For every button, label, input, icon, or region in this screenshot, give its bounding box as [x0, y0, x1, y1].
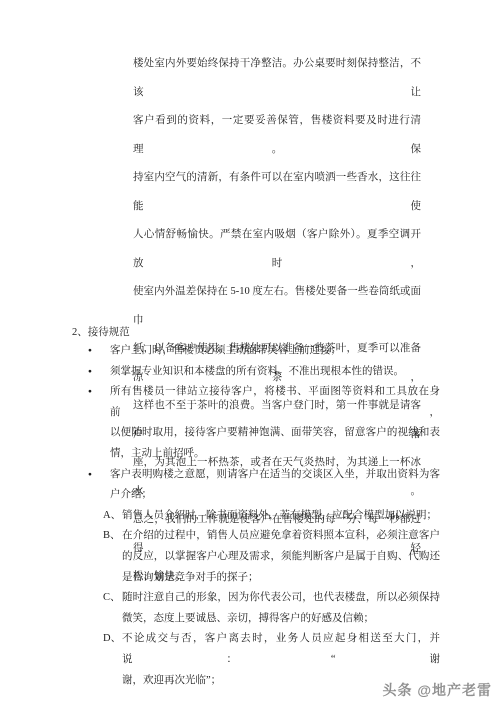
bullet-icon: ●	[88, 465, 110, 506]
lettered-item-label: B、	[103, 526, 122, 588]
list-item: ● 客户表明购楼之意愿，则请客户在适当的交谈区入坐，并取出资料为客 户介绍；	[88, 465, 440, 506]
lettered-item-label: A、	[103, 506, 122, 527]
bullet-icon: ●	[88, 362, 110, 383]
list-item: ● 须掌握专业知识和本楼盘的所有资料、不准出现根本性的错误。	[88, 362, 440, 383]
list-item-line: 以便随时取用，接待客户要精神饱满、面带笑容，留意客户的视线和表	[110, 423, 440, 444]
list-item-line: 客户上门时，售楼员必须主动面带笑容上前迎接；	[110, 341, 440, 362]
lettered-item-C: C、 随时注意自己的形象，因为你代表公司，也代表楼盘，所以必须保持 微笑，态度上…	[103, 588, 440, 629]
paragraph-line: 楼处室内外要始终保持干净整洁。办公桌要时刻保持整洁，不该让	[133, 50, 421, 107]
document-page: 楼处室内外要始终保持干净整洁。办公桌要时刻保持整洁，不该让 客户看到的资料，一定…	[0, 0, 500, 707]
paragraph-line: 持室内空气的清新，有条件可以在室内喷洒一些香水，这往往能使	[133, 164, 421, 221]
lettered-item-A: A、 销售人员介绍时，除书面资料外，若有模型，应配合模型加以说明；	[103, 506, 440, 527]
lettered-item-text: 在介绍的过程中，销售人员应避免拿着资料照本宣科，必须注意客户 的反应，以掌握客户…	[122, 526, 440, 588]
lettered-item-line: 不论成交与否，客户离去时，业务人员应起身相送至大门，并说：“谢	[122, 629, 440, 670]
list-item-line: 户介绍；	[110, 485, 440, 506]
lettered-item-line: 微笑，态度上要诚恳、亲切，搏得客户的好感及信赖；	[122, 609, 440, 630]
list-item-line: 客户表明购楼之意愿，则请客户在适当的交谈区入坐，并取出资料为客	[110, 465, 440, 486]
paragraph-line: 人心情舒畅愉快。严禁在室内吸烟（客户除外）。夏季空调开放时，	[133, 221, 421, 278]
lettered-item-text: 随时注意自己的形象，因为你代表公司，也代表楼盘，所以必须保持 微笑，态度上要诚恳…	[122, 588, 440, 629]
reception-rules-list: ● 客户上门时，售楼员必须主动面带笑容上前迎接； ● 须掌握专业知识和本楼盘的所…	[88, 341, 440, 691]
lettered-item-label: C、	[103, 588, 122, 629]
list-item-text: 客户上门时，售楼员必须主动面带笑容上前迎接；	[110, 341, 440, 362]
lettered-item-label: D、	[103, 629, 122, 691]
lettered-item-line: 的反应，以掌握客户心理及需求，须能判断客户是属于自购、代购还	[122, 547, 440, 568]
bullet-icon: ●	[88, 382, 110, 464]
section-heading: 2、接待规范	[72, 325, 130, 340]
lettered-item-line: 随时注意自己的形象，因为你代表公司，也代表楼盘，所以必须保持	[122, 588, 440, 609]
list-item-text: 客户表明购楼之意愿，则请客户在适当的交谈区入坐，并取出资料为客 户介绍；	[110, 465, 440, 506]
paragraph-line: 使室内外温差保持在 5-10 度左右。售楼处要备一些卷筒纸或面巾	[133, 278, 421, 335]
paragraph-line: 客户看到的资料，一定要妥善保管，售楼资料要及时进行清理。保	[133, 107, 421, 164]
lettered-item-line: 在介绍的过程中，销售人员应避免拿着资料照本宣科，必须注意客户	[122, 526, 440, 547]
lettered-item-text: 销售人员介绍时，除书面资料外，若有模型，应配合模型加以说明；	[122, 506, 440, 527]
lettered-item-line: 销售人员介绍时，除书面资料外，若有模型，应配合模型加以说明；	[122, 506, 440, 527]
lettered-item-line: 是咨询划是竞争对手的探子；	[122, 568, 440, 589]
list-item-text: 所有售楼员一律站立接待客户，将楼书、平面图等资料和工具放在身前， 以便随时取用，…	[110, 382, 440, 464]
bullet-icon: ●	[88, 341, 110, 362]
list-item: ● 客户上门时，售楼员必须主动面带笑容上前迎接；	[88, 341, 440, 362]
list-item: ● 所有售楼员一律站立接待客户，将楼书、平面图等资料和工具放在身前， 以便随时取…	[88, 382, 440, 464]
list-item-line: 须掌握专业知识和本楼盘的所有资料、不准出现根本性的错误。	[110, 362, 440, 383]
list-item-line: 情，主动上前招呼。	[110, 444, 440, 465]
list-item-text: 须掌握专业知识和本楼盘的所有资料、不准出现根本性的错误。	[110, 362, 440, 383]
lettered-item-B: B、 在介绍的过程中，销售人员应避免拿着资料照本宣科，必须注意客户 的反应，以掌…	[103, 526, 440, 588]
list-item-line: 所有售楼员一律站立接待客户，将楼书、平面图等资料和工具放在身前，	[110, 382, 440, 423]
toutiao-watermark: 头条 @地产老雷	[382, 680, 492, 700]
